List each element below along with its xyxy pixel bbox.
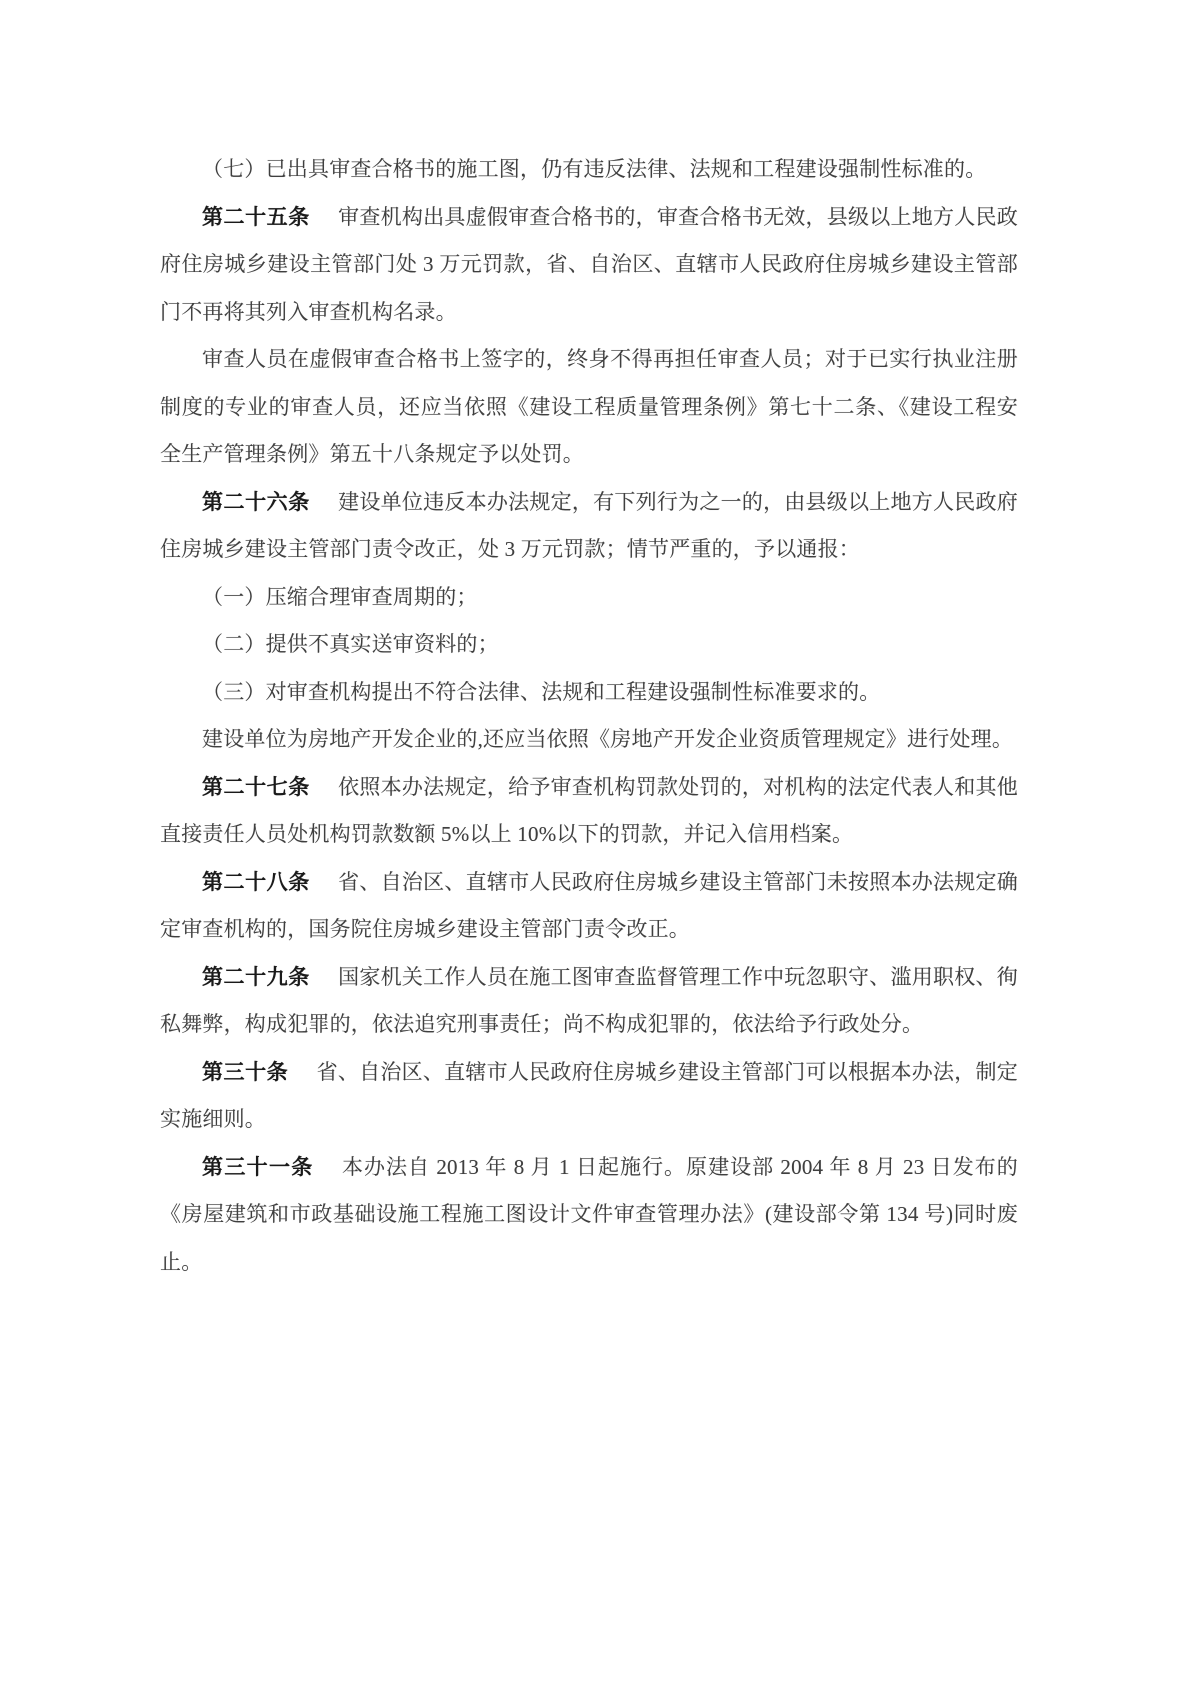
list-item-7: （七）已出具审查合格书的施工图，仍有违反法律、法规和工程建设强制性标准的。 <box>160 146 1018 194</box>
article-26-number: 第二十六条 <box>202 491 310 514</box>
list-item-7-text: （七）已出具审查合格书的施工图，仍有违反法律、法规和工程建设强制性标准的。 <box>202 157 986 181</box>
article-27-number: 第二十七条 <box>202 776 310 799</box>
article-30-number: 第三十条 <box>202 1061 288 1084</box>
article-25-para-2-text: 审查人员在虚假审查合格书上签字的，终身不得再担任审查人员；对于已实行执业注册制度… <box>160 347 1018 466</box>
article-28: 第二十八条省、自治区、直辖市人民政府住房城乡建设主管部门未按照本办法规定确定审查… <box>160 859 1018 954</box>
article-29: 第二十九条国家机关工作人员在施工图审查监督管理工作中玩忽职守、滥用职权、徇私舞弊… <box>160 954 1018 1049</box>
list-item-1: （一）压缩合理审查周期的； <box>160 574 1018 622</box>
article-26-para-2: 建设单位为房地产开发企业的,还应当依照《房地产开发企业资质管理规定》进行处理。 <box>160 716 1018 764</box>
article-26: 第二十六条建设单位违反本办法规定，有下列行为之一的，由县级以上地方人民政府住房城… <box>160 479 1018 574</box>
article-30-text: 省、自治区、直辖市人民政府住房城乡建设主管部门可以根据本办法，制定实施细则。 <box>160 1060 1018 1132</box>
list-item-3-text: （三）对审查机构提出不符合法律、法规和工程建设强制性标准要求的。 <box>202 680 880 704</box>
article-28-number: 第二十八条 <box>202 871 310 894</box>
list-item-3: （三）对审查机构提出不符合法律、法规和工程建设强制性标准要求的。 <box>160 669 1018 717</box>
article-25-para-2: 审查人员在虚假审查合格书上签字的，终身不得再担任审查人员；对于已实行执业注册制度… <box>160 336 1018 479</box>
list-item-2-text: （二）提供不真实送审资料的； <box>202 632 499 656</box>
list-item-1-text: （一）压缩合理审查周期的； <box>202 585 478 609</box>
article-29-number: 第二十九条 <box>202 966 310 989</box>
article-30: 第三十条省、自治区、直辖市人民政府住房城乡建设主管部门可以根据本办法，制定实施细… <box>160 1049 1018 1144</box>
article-25-number: 第二十五条 <box>202 206 310 229</box>
article-31-number: 第三十一条 <box>202 1156 314 1179</box>
document-page: （七）已出具审查合格书的施工图，仍有违反法律、法规和工程建设强制性标准的。 第二… <box>0 0 1200 1697</box>
article-27: 第二十七条依照本办法规定，给予审查机构罚款处罚的，对机构的法定代表人和其他直接责… <box>160 764 1018 859</box>
article-25: 第二十五条审查机构出具虚假审查合格书的，审查合格书无效，县级以上地方人民政府住房… <box>160 194 1018 337</box>
article-31: 第三十一条本办法自 2013 年 8 月 1 日起施行。原建设部 2004 年 … <box>160 1144 1018 1287</box>
list-item-2: （二）提供不真实送审资料的； <box>160 621 1018 669</box>
article-26-para-2-text: 建设单位为房地产开发企业的,还应当依照《房地产开发企业资质管理规定》进行处理。 <box>202 727 1013 751</box>
